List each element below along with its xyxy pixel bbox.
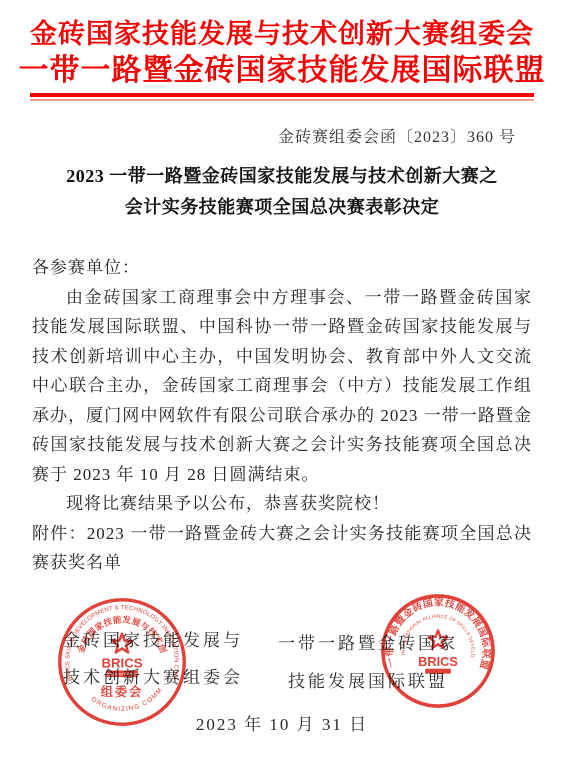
seal-business-council-text: Business Council [105, 672, 138, 677]
document-number: 金砖赛组委会函〔2023〕360 号 [0, 124, 516, 147]
seal-outer-ring [383, 596, 493, 706]
letterhead-rule [30, 93, 534, 102]
seal-star-icon [112, 634, 132, 653]
document-title-line-2: 会计实务技能赛项全国总决赛表彰决定 [0, 192, 564, 223]
document-title-line-1: 2023 一带一路暨金砖国家技能发展与技术创新大赛之 [0, 161, 564, 192]
document-body: 各参赛单位： 由金砖国家工商理事会中方理事会、一带一路暨金砖国家技能发展国际联盟… [32, 253, 532, 578]
alliance-seal-stamp: 一带一路暨金砖国家技能发展国际联盟 INTERNATIONAL ALLIANCE… [379, 592, 497, 710]
seal-center-bar [425, 669, 451, 674]
salutation: 各参赛单位： [32, 253, 532, 283]
letterhead-line-1: 金砖国家技能发展与技术创新大赛组委会 [0, 16, 564, 52]
seal-star-icon [429, 630, 448, 648]
document-title: 2023 一带一路暨金砖国家技能发展与技术创新大赛之 会计实务技能赛项全国总决赛… [0, 161, 564, 223]
official-document-page: 金砖国家技能发展与技术创新大赛组委会 一带一路暨金砖国家技能发展国际联盟 金砖赛… [0, 0, 564, 761]
seal-center-brics-text: BRICS [101, 656, 142, 671]
seal-bottom-text-zh: 组委会 [101, 684, 143, 699]
letterhead-line-2: 一带一路暨金砖国家技能发展国际联盟 [0, 52, 564, 89]
seal-center-brics-text: BRICS [418, 654, 458, 669]
body-paragraph-1: 由金砖国家工商理事会中方理事会、一带一路暨金砖国家技能发展国际联盟、中国科协一带… [32, 283, 532, 490]
letterhead-rule-thin [30, 99, 534, 101]
body-paragraph-2: 现将比赛结果予以公布，恭喜获奖院校！ [32, 489, 532, 519]
committee-seal-stamp: BRICS SKILLS DEVELOPMENT & TECHNOLOGY IN… [56, 596, 188, 728]
attachment-note: 附件：2023 一带一路暨金砖大赛之会计实务技能赛项全国总决赛获奖名单 [32, 519, 532, 578]
letterhead-rule-thick [30, 93, 534, 97]
letterhead: 金砖国家技能发展与技术创新大赛组委会 一带一路暨金砖国家技能发展国际联盟 [0, 0, 564, 89]
